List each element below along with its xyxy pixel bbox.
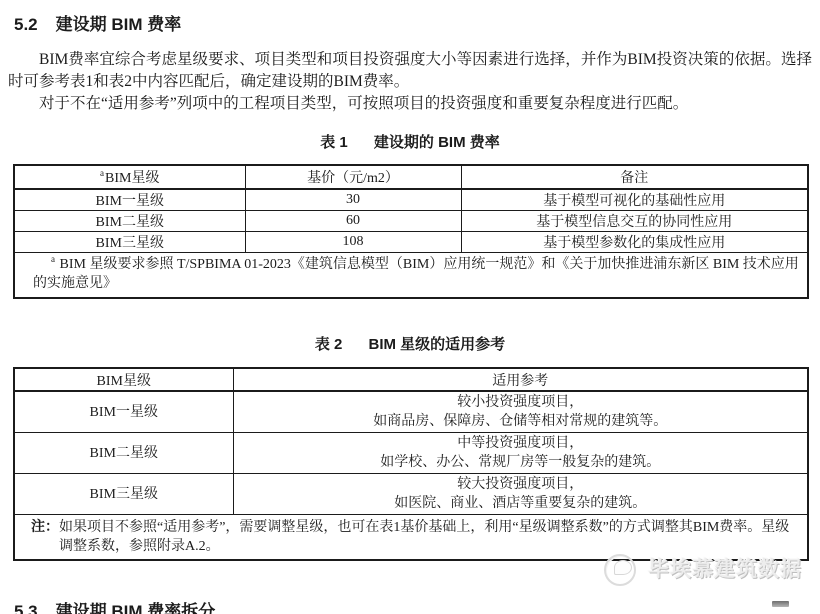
table2-row3-ref: 较大投资强度项目， 如医院、商业、酒店等重要复杂的建筑。	[233, 474, 808, 515]
table2-caption: 表 2 BIM 星级的适用参考	[0, 333, 820, 354]
table2-row2-ref: 中等投资强度项目， 如学校、办公、常规厂房等一般复杂的建筑。	[233, 433, 808, 474]
table2-row-2: BIM二星级 中等投资强度项目， 如学校、办公、常规厂房等一般复杂的建筑。	[14, 433, 808, 474]
table1-header-row: aBIM星级 基价（元/m2） 备注	[14, 165, 808, 189]
page-corner-artifact	[772, 601, 789, 607]
table1-header-price: 基价（元/m2）	[245, 165, 461, 189]
table2-caption-title: BIM 星级的适用参考	[369, 336, 506, 353]
table2-header-star: BIM星级	[14, 368, 233, 391]
table1-row3-remark: 基于模型参数化的集成性应用	[461, 232, 808, 253]
table2-header-ref: 适用参考	[233, 368, 808, 391]
table1-header-remark: 备注	[461, 165, 808, 189]
table1-row1-price: 30	[245, 189, 461, 211]
table2-row3-star: BIM三星级	[14, 474, 233, 515]
table1-header-star: aBIM星级	[14, 165, 245, 189]
table2-row1-star: BIM一星级	[14, 391, 233, 433]
body-paragraphs: BIM费率宜综合考虑星级要求、项目类型和项目投资强度大小等因素进行选择，并作为B…	[8, 49, 812, 115]
table1-row-2: BIM二星级 60 基于模型信息交互的协同性应用	[14, 211, 808, 232]
note-label: 注：	[31, 518, 59, 534]
table1-footnote-row: a BIM 星级要求参照 T/SPBIMA 01-2023《建筑信息模型（BIM…	[14, 253, 808, 299]
table1-row3-price: 108	[245, 232, 461, 253]
table1-row3-star: BIM三星级	[14, 232, 245, 253]
table2-row-1: BIM一星级 较小投资强度项目， 如商品房、保障房、仓储等相对常规的建筑等。	[14, 391, 808, 433]
table1-row-1: BIM一星级 30 基于模型可视化的基础性应用	[14, 189, 808, 211]
section-5-2-heading: 5.2 建设期 BIM 费率	[14, 0, 820, 35]
table1-caption-label: 表 1	[320, 134, 348, 151]
table1-caption-title: 建设期的 BIM 费率	[374, 134, 500, 151]
paragraph-2: 对于不在“适用参考”列项中的工程项目类型，可按照项目的投资强度和重要复杂程度进行…	[8, 93, 812, 115]
table1-row2-remark: 基于模型信息交互的协同性应用	[461, 211, 808, 232]
paragraph-1: BIM费率宜综合考虑星级要求、项目类型和项目投资强度大小等因素进行选择，并作为B…	[8, 49, 812, 93]
table1-row1-star: BIM一星级	[14, 189, 245, 211]
table2-row1-ref: 较小投资强度项目， 如商品房、保障房、仓储等相对常规的建筑等。	[233, 391, 808, 433]
table1-row2-price: 60	[245, 211, 461, 232]
section-5-3-heading: 5.3 建设期 BIM 费率拆分	[14, 597, 820, 614]
table1-row2-star: BIM二星级	[14, 211, 245, 232]
table2-header-row: BIM星级 适用参考	[14, 368, 808, 391]
watermark-logo-icon	[604, 552, 638, 584]
footnote-marker: a	[100, 168, 104, 178]
table1-row-3: BIM三星级 108 基于模型参数化的集成性应用	[14, 232, 808, 253]
watermark-text: 毕埃慕建筑数据	[648, 553, 802, 583]
table2-star-reference: BIM星级 适用参考 BIM一星级 较小投资强度项目， 如商品房、保障房、仓储等…	[13, 367, 809, 561]
footnote-marker: a	[51, 254, 55, 264]
section-title: 建设期 BIM 费率拆分	[56, 597, 216, 614]
document-page: 5.2 建设期 BIM 费率 BIM费率宜综合考虑星级要求、项目类型和项目投资强…	[0, 0, 820, 614]
table1-caption: 表 1 建设期的 BIM 费率	[0, 131, 820, 152]
section-title: 建设期 BIM 费率	[56, 10, 182, 35]
section-number: 5.2	[14, 15, 38, 35]
table1-bim-fee-rates: aBIM星级 基价（元/m2） 备注 BIM一星级 30 基于模型可视化的基础性…	[13, 164, 809, 299]
table2-caption-label: 表 2	[315, 336, 343, 353]
table2-row-3: BIM三星级 较大投资强度项目， 如医院、商业、酒店等重要复杂的建筑。	[14, 474, 808, 515]
watermark: 毕埃慕建筑数据	[604, 552, 802, 584]
table1-footnote: a BIM 星级要求参照 T/SPBIMA 01-2023《建筑信息模型（BIM…	[14, 253, 808, 299]
table2-row2-star: BIM二星级	[14, 433, 233, 474]
section-number: 5.3	[14, 602, 38, 614]
table1-row1-remark: 基于模型可视化的基础性应用	[461, 189, 808, 211]
